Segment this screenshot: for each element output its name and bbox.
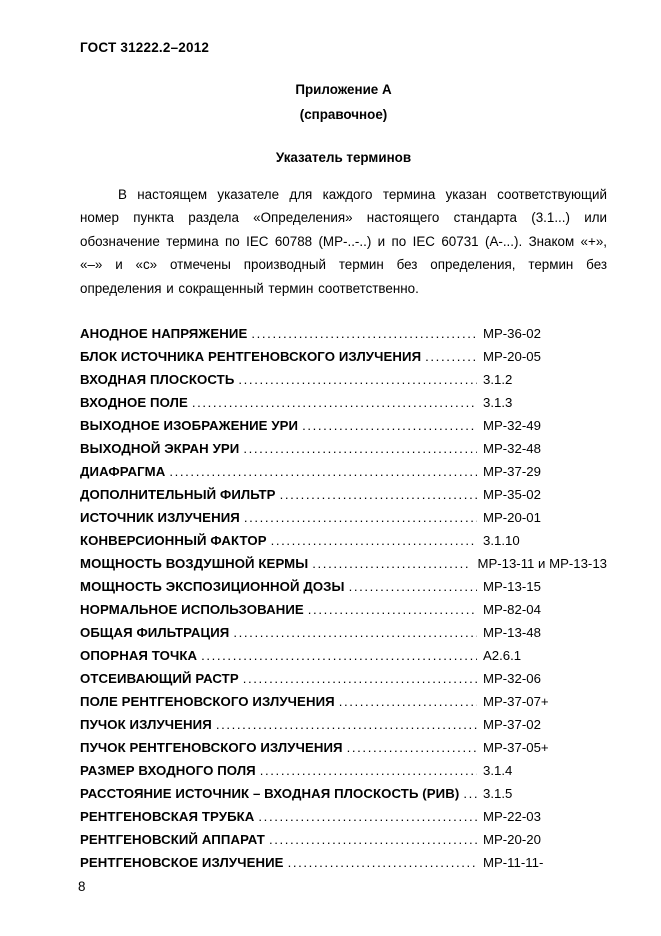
index-term: РАССТОЯНИЕ ИСТОЧНИК – ВХОДНАЯ ПЛОСКОСТЬ … (80, 782, 459, 805)
index-entry: ВХОДНАЯ ПЛОСКОСТЬ 3.1.2 (80, 368, 607, 391)
index-ref: А2.6.1 (483, 644, 607, 667)
dot-leader (280, 483, 477, 506)
index-ref: МР-35-02 (483, 483, 607, 506)
index-entry: МОЩНОСТЬ ВОЗДУШНОЙ КЕРМЫ МР-13-11 и МР-1… (80, 552, 607, 575)
dot-leader (425, 345, 477, 368)
index-term: ПОЛЕ РЕНТГЕНОВСКОГО ИЗЛУЧЕНИЯ (80, 690, 335, 713)
index-ref: МР-20-05 (483, 345, 607, 368)
index-ref: МР-37-07+ (483, 690, 607, 713)
dot-leader (169, 460, 477, 483)
index-term: ОПОРНАЯ ТОЧКА (80, 644, 197, 667)
dot-leader (243, 437, 477, 460)
index-term: ОТСЕИВАЮЩИЙ РАСТР (80, 667, 239, 690)
appendix-title: Приложение А (80, 82, 607, 98)
index-term: ИСТОЧНИК ИЗЛУЧЕНИЯ (80, 506, 240, 529)
index-entry: НОРМАЛЬНОЕ ИСПОЛЬЗОВАНИЕ МР-82-04 (80, 598, 607, 621)
index-term: ОБЩАЯ ФИЛЬТРАЦИЯ (80, 621, 229, 644)
index-term: ВХОДНАЯ ПЛОСКОСТЬ (80, 368, 234, 391)
index-entry: ВЫХОДНОЕ ИЗОБРАЖЕНИЕ УРИ МР-32-49 (80, 414, 607, 437)
section-title: Указатель терминов (80, 150, 607, 166)
index-ref: МР-20-01 (483, 506, 607, 529)
index-term: РЕНТГЕНОВСКОЕ ИЗЛУЧЕНИЕ (80, 851, 284, 874)
dot-leader (251, 322, 477, 345)
index-ref: МР-13-11 и МР-13-13 (477, 552, 607, 575)
dot-leader (339, 690, 477, 713)
index-entry: ДИАФРАГМА МР-37-29 (80, 460, 607, 483)
index-ref: МР-37-02 (483, 713, 607, 736)
dot-leader (308, 598, 477, 621)
dot-leader (312, 552, 471, 575)
index-entry: ВЫХОДНОЙ ЭКРАН УРИ МР-32-48 (80, 437, 607, 460)
index-entry: РАССТОЯНИЕ ИСТОЧНИК – ВХОДНАЯ ПЛОСКОСТЬ … (80, 782, 607, 805)
dot-leader (201, 644, 477, 667)
index-entry: БЛОК ИСТОЧНИКА РЕНТГЕНОВСКОГО ИЗЛУЧЕНИЯ … (80, 345, 607, 368)
doc-number: ГОСТ 31222.2–2012 (80, 40, 607, 56)
dot-leader (243, 667, 477, 690)
index-term: РЕНТГЕНОВСКАЯ ТРУБКА (80, 805, 254, 828)
dot-leader (260, 759, 477, 782)
dot-leader (244, 506, 477, 529)
index-entry: РЕНТГЕНОВСКАЯ ТРУБКА МР-22-03 (80, 805, 607, 828)
index-ref: 3.1.5 (483, 782, 607, 805)
index-ref: 3.1.4 (483, 759, 607, 782)
index-ref: МР-22-03 (483, 805, 607, 828)
dot-leader (288, 851, 477, 874)
index-entry: ПУЧОК РЕНТГЕНОВСКОГО ИЗЛУЧЕНИЯ МР-37-05+ (80, 736, 607, 759)
dot-leader (302, 414, 477, 437)
dot-leader (347, 736, 477, 759)
appendix-kind: (справочное) (80, 107, 607, 123)
dot-leader (233, 621, 477, 644)
index-term: БЛОК ИСТОЧНИКА РЕНТГЕНОВСКОГО ИЗЛУЧЕНИЯ (80, 345, 421, 368)
index-entry: ВХОДНОЕ ПОЛЕ 3.1.3 (80, 391, 607, 414)
index-entry: КОНВЕРСИОННЫЙ ФАКТОР 3.1.10 (80, 529, 607, 552)
dot-leader (271, 529, 477, 552)
dot-leader (269, 828, 477, 851)
index-term: МОЩНОСТЬ ЭКСПОЗИЦИОННОЙ ДОЗЫ (80, 575, 345, 598)
index-ref: МР-36-02 (483, 322, 607, 345)
index-term: ВЫХОДНОЕ ИЗОБРАЖЕНИЕ УРИ (80, 414, 298, 437)
index-ref: МР-20-20 (483, 828, 607, 851)
index-term: АНОДНОЕ НАПРЯЖЕНИЕ (80, 322, 247, 345)
index-ref: МР-13-15 (483, 575, 607, 598)
index-entry: ОПОРНАЯ ТОЧКА А2.6.1 (80, 644, 607, 667)
index-entry: АНОДНОЕ НАПРЯЖЕНИЕ МР-36-02 (80, 322, 607, 345)
dot-leader (258, 805, 477, 828)
index-term: ПУЧОК ИЗЛУЧЕНИЯ (80, 713, 212, 736)
index-term: РАЗМЕР ВХОДНОГО ПОЛЯ (80, 759, 256, 782)
index-ref: МР-32-49 (483, 414, 607, 437)
dot-leader (192, 391, 477, 414)
index-entry: ПУЧОК ИЗЛУЧЕНИЯ МР-37-02 (80, 713, 607, 736)
index-term: ВЫХОДНОЙ ЭКРАН УРИ (80, 437, 239, 460)
index-term: КОНВЕРСИОННЫЙ ФАКТОР (80, 529, 267, 552)
index-entry: МОЩНОСТЬ ЭКСПОЗИЦИОННОЙ ДОЗЫ МР-13-15 (80, 575, 607, 598)
index-term: ВХОДНОЕ ПОЛЕ (80, 391, 188, 414)
index-term: ДИАФРАГМА (80, 460, 165, 483)
page-number: 8 (78, 879, 607, 895)
index-entry: РЕНТГЕНОВСКОЕ ИЗЛУЧЕНИЕ МР-11-11- (80, 851, 607, 874)
index-ref: МР-37-05+ (483, 736, 607, 759)
dot-leader (349, 575, 477, 598)
index-term: МОЩНОСТЬ ВОЗДУШНОЙ КЕРМЫ (80, 552, 308, 575)
index-term: НОРМАЛЬНОЕ ИСПОЛЬЗОВАНИЕ (80, 598, 304, 621)
terms-index-list: АНОДНОЕ НАПРЯЖЕНИЕ МР-36-02 БЛОК ИСТОЧНИ… (80, 322, 607, 874)
index-entry: ОТСЕИВАЮЩИЙ РАСТР МР-32-06 (80, 667, 607, 690)
index-entry: РЕНТГЕНОВСКИЙ АППАРАТ МР-20-20 (80, 828, 607, 851)
index-ref: 3.1.10 (483, 529, 607, 552)
index-entry: ДОПОЛНИТЕЛЬНЫЙ ФИЛЬТР МР-35-02 (80, 483, 607, 506)
document-page: ГОСТ 31222.2–2012 Приложение А (справочн… (0, 0, 661, 936)
index-ref: 3.1.3 (483, 391, 607, 414)
index-entry: ПОЛЕ РЕНТГЕНОВСКОГО ИЗЛУЧЕНИЯ МР-37-07+ (80, 690, 607, 713)
index-ref: МР-37-29 (483, 460, 607, 483)
index-entry: РАЗМЕР ВХОДНОГО ПОЛЯ 3.1.4 (80, 759, 607, 782)
index-ref: МР-11-11- (483, 851, 607, 874)
index-term: ПУЧОК РЕНТГЕНОВСКОГО ИЗЛУЧЕНИЯ (80, 736, 343, 759)
index-entry: ИСТОЧНИК ИЗЛУЧЕНИЯ МР-20-01 (80, 506, 607, 529)
dot-leader (463, 782, 477, 805)
index-term: РЕНТГЕНОВСКИЙ АППАРАТ (80, 828, 265, 851)
index-ref: МР-32-06 (483, 667, 607, 690)
index-ref: 3.1.2 (483, 368, 607, 391)
intro-paragraph: В настоящем указателе для каждого термин… (80, 183, 607, 300)
index-ref: МР-82-04 (483, 598, 607, 621)
dot-leader (216, 713, 477, 736)
dot-leader (238, 368, 477, 391)
index-ref: МР-13-48 (483, 621, 607, 644)
index-ref: МР-32-48 (483, 437, 607, 460)
index-term: ДОПОЛНИТЕЛЬНЫЙ ФИЛЬТР (80, 483, 276, 506)
index-entry: ОБЩАЯ ФИЛЬТРАЦИЯ МР-13-48 (80, 621, 607, 644)
